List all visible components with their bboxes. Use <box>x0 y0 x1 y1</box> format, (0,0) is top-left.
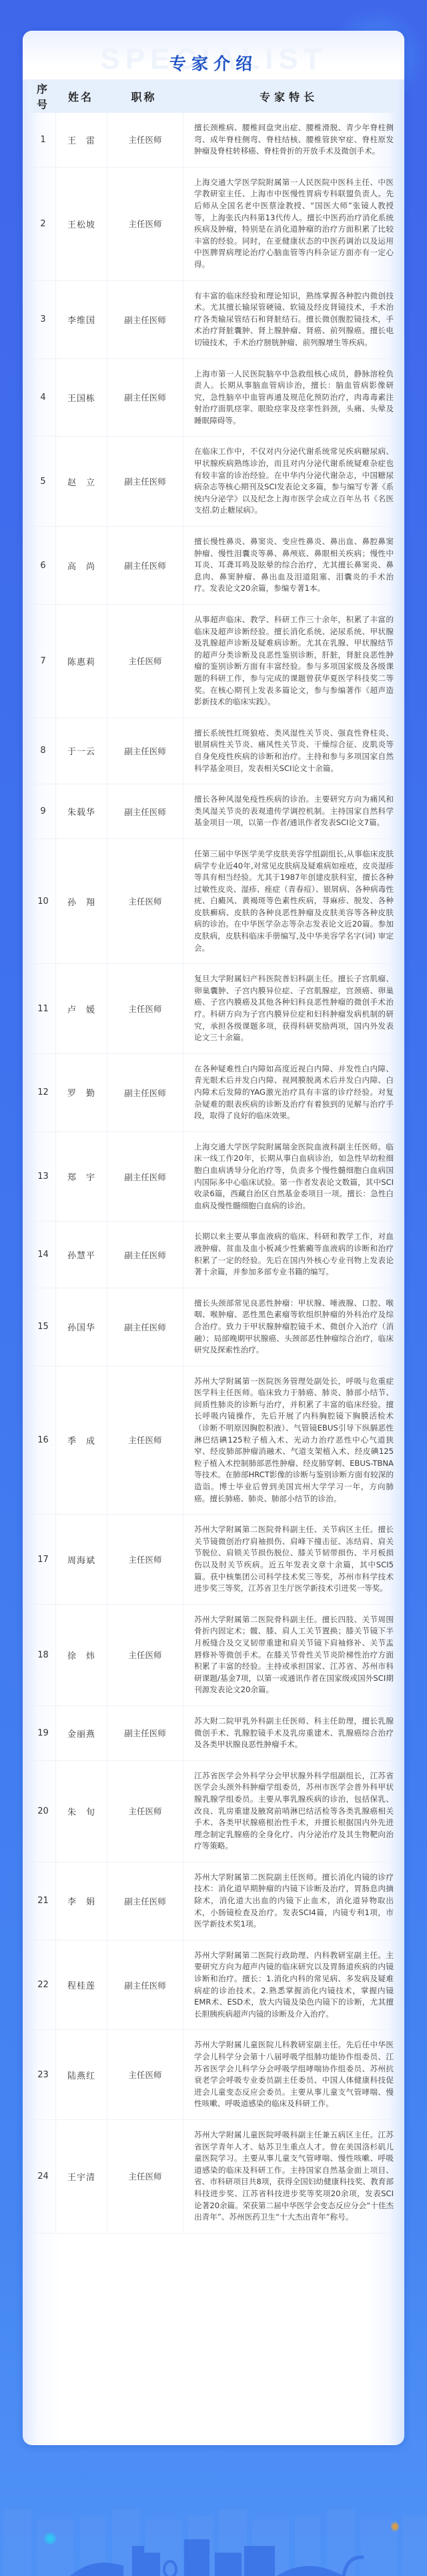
expert-title: 副主任医师 <box>107 1862 183 1940</box>
row-number: 11 <box>31 964 56 1053</box>
expert-title: 主任医师 <box>107 113 183 167</box>
table-row: 22程桂莲副主任医师苏州大学附属第二医院行政助理、内科教研室副主任。主要研究方向… <box>31 1941 396 2031</box>
expert-title: 副主任医师 <box>107 359 183 437</box>
table-row: 10孙 翔主任医师任第三届中华医学美学皮肤美容学组副组长,从事临床皮肤病学专业近… <box>31 839 396 964</box>
decorative-dot-cyan <box>44 2533 56 2545</box>
expert-specialty: 江苏省医学会外科学分会甲状腺外科学组副组长，江苏省医学会头颈外科肿瘤学组委员，苏… <box>183 1761 396 1862</box>
expert-specialty: 苏州大学附属第二医院行政助理、内科教研室副主任。主要研究方向为超声内镜的临床研究… <box>183 1941 396 2030</box>
expert-name: 季 成 <box>56 1366 107 1515</box>
city-skyline-illustration <box>0 2483 427 2576</box>
expert-name: 孙 翔 <box>56 839 107 963</box>
expert-title: 主任医师 <box>107 2030 183 2119</box>
row-number: 2 <box>31 168 56 280</box>
expert-specialty: 上海交通大学医学院附属第一人民医院中医科主任、中医学教研室主任、上海市中医慢性胃… <box>183 168 396 280</box>
table-row: 20朱 旬主任医师江苏省医学会外科学分会甲状腺外科学组副组长，江苏省医学会头颈外… <box>31 1761 396 1862</box>
expert-card: SPECIALIST 专家介绍 序号 姓名 职称 专家特长 1王 雷主任医师擅长… <box>23 31 404 2445</box>
row-number: 10 <box>31 839 56 963</box>
expert-specialty: 从事超声临床、教学、科研工作三十余年，积累了丰富的临床及超声诊断经验。擅长消化系… <box>183 605 396 718</box>
expert-specialty: 苏大附二院甲乳外科副主任医师、科主任助理，擅长乳腺微创手术、乳腺腔镜手术及乳房重… <box>183 1706 396 1760</box>
expert-name: 王 雷 <box>56 113 107 167</box>
expert-specialty: 擅长头颈部常见良恶性肿瘤：甲状腺、唾液腺、口腔、喉咽、喉肿瘤、恶性黑色素瘤等软组… <box>183 1288 396 1366</box>
expert-title: 副主任医师 <box>107 1054 183 1131</box>
decorative-dot-orange <box>391 2522 399 2531</box>
expert-specialty: 苏州大学附属儿童医院呼吸科副主任兼五病区主任。江苏省医学青年人才、姑苏卫生重点人… <box>183 2120 396 2233</box>
row-number: 1 <box>31 113 56 167</box>
expert-specialty: 复旦大学附属妇产科医院普妇科副主任。擅长子宫肌瘤、卵巢囊肿、子宫内膜异位症、子宫… <box>183 964 396 1053</box>
expert-name: 朱 旬 <box>56 1761 107 1862</box>
expert-name: 金丽燕 <box>56 1706 107 1760</box>
expert-title: 副主任医师 <box>107 527 183 604</box>
table-row: 5赵 立副主任医师在临床工作中，不仅对内分泌代谢系统常见疾病糖尿病、甲状腺疾病熟… <box>31 437 396 527</box>
expert-title: 主任医师 <box>107 839 183 963</box>
expert-title: 主任医师 <box>107 605 183 718</box>
row-number: 5 <box>31 437 56 526</box>
row-number: 3 <box>31 281 56 358</box>
expert-title: 主任医师 <box>107 1605 183 1706</box>
table-row: 2王松坡主任医师上海交通大学医学院附属第一人民医院中医科主任、中医学教研室主任、… <box>31 168 396 281</box>
expert-name: 徐 炜 <box>56 1605 107 1706</box>
table-row: 12罗 勤副主任医师在各种疑难性白内障如高度近视白内障、并发性白内障、青光眼术后… <box>31 1054 396 1132</box>
column-header-name: 姓名 <box>55 89 106 104</box>
row-number: 19 <box>31 1706 56 1760</box>
expert-specialty: 上海交通大学医学院附属瑞金医院血液科副主任医师。临床一线工作20年，长期从事白血… <box>183 1132 396 1222</box>
expert-name: 于一云 <box>56 718 107 784</box>
expert-specialty: 擅长系统性红斑狼疮、类风湿性关节炎、强直性脊柱炎、银屑病性关节炎、痛风性关节炎、… <box>183 718 396 784</box>
table-row: 13郑 宇副主任医师上海交通大学医学院附属瑞金医院血液科副主任医师。临床一线工作… <box>31 1132 396 1222</box>
expert-name: 程桂莲 <box>56 1941 107 2030</box>
expert-name: 周海斌 <box>56 1515 107 1604</box>
expert-specialty: 上海市第一人民医院脑卒中急救组核心成员，静脉溶栓负责人。长期从事脑血管病诊治，擅… <box>183 359 396 437</box>
expert-name: 李维国 <box>56 281 107 358</box>
row-number: 21 <box>31 1862 56 1940</box>
table-row: 18徐 炜主任医师苏州大学附属第二医院骨科副主任。擅长四肢、关节周围骨折内固定术… <box>31 1605 396 1706</box>
expert-name: 孙慧平 <box>56 1222 107 1287</box>
card-header: SPECIALIST 专家介绍 <box>23 31 404 79</box>
row-number: 4 <box>31 359 56 437</box>
expert-name: 王松坡 <box>56 168 107 280</box>
table-row: 16季 成主任医师苏州大学附属第一医院医务管理处副处长，呼吸与危重症医学科主任医… <box>31 1366 396 1515</box>
expert-title: 副主任医师 <box>107 281 183 358</box>
expert-name: 朱载华 <box>56 784 107 838</box>
expert-specialty: 苏州大学附属第二医院骨科副主任。擅长四肢、关节周围骨折内固定术；髋、膝、肩人工关… <box>183 1605 396 1706</box>
expert-title: 副主任医师 <box>107 784 183 838</box>
row-number: 22 <box>31 1941 56 2030</box>
row-number: 13 <box>31 1132 56 1222</box>
table-row: 17周海斌主任医师苏州大学附属第二医院骨科副主任、关节病区主任。擅长关节镜微创治… <box>31 1515 396 1605</box>
row-number: 15 <box>31 1288 56 1366</box>
row-number: 24 <box>31 2120 56 2233</box>
table-row: 9朱载华副主任医师擅长各种风湿免疫性疾病的诊治。主要研究方向为痛风和类风湿关节炎… <box>31 784 396 839</box>
table-row: 3李维国副主任医师有丰富的临床经验和理论知识，熟练掌握各种腔内微创技术。尤其擅长… <box>31 281 396 359</box>
expert-name: 李 娟 <box>56 1862 107 1940</box>
table-row: 19金丽燕副主任医师苏大附二院甲乳外科副主任医师、科主任助理，擅长乳腺微创手术、… <box>31 1706 396 1761</box>
table-header: 序号 姓名 职称 专家特长 <box>31 79 396 113</box>
row-number: 14 <box>31 1222 56 1287</box>
expert-title: 副主任医师 <box>107 1706 183 1760</box>
expert-name: 孙国华 <box>56 1288 107 1366</box>
expert-name: 罗 勤 <box>56 1054 107 1131</box>
expert-name: 卢 媛 <box>56 964 107 1053</box>
table-row: 4王国栋副主任医师上海市第一人民医院脑卒中急救组核心成员，静脉溶栓负责人。长期从… <box>31 359 396 437</box>
column-header-no: 序号 <box>31 81 55 111</box>
expert-name: 王国栋 <box>56 359 107 437</box>
table-row: 1王 雷主任医师擅长颈椎病、腰椎间盘突出症、腰椎滑脱、青少年脊柱侧弯、成年脊柱侧… <box>31 113 396 168</box>
expert-specialty: 苏州大学附属第一医院医务管理处副处长，呼吸与危重症医学科主任医师。临床致力于肺癌… <box>183 1366 396 1515</box>
expert-specialty: 长期以来主要从事血液病的临床、科研和教学工作，对血液肿瘤、贫血及血小板减少性紫癜… <box>183 1222 396 1287</box>
expert-name: 王宇清 <box>56 2120 107 2233</box>
expert-title: 主任医师 <box>107 1366 183 1515</box>
expert-specialty: 苏州大学附属第二医院骨科副主任、关节病区主任。擅长关节镜微创治疗肩袖损伤、肩峰下… <box>183 1515 396 1604</box>
expert-specialty: 擅长各种风湿免疫性疾病的诊治。主要研究方向为痛风和类风湿关节炎的表观遗传学调控机… <box>183 784 396 838</box>
row-number: 20 <box>31 1761 56 1862</box>
row-number: 12 <box>31 1054 56 1131</box>
expert-title: 副主任医师 <box>107 718 183 784</box>
table-row: 23陆燕红主任医师苏州大学附属儿童医院儿科教研室副主任。先后任中华医学会儿科学分… <box>31 2030 396 2120</box>
expert-specialty: 擅长颈椎病、腰椎间盘突出症、腰椎滑脱、青少年脊柱侧弯、成年脊柱侧弯、脊柱结核、腰… <box>183 113 396 167</box>
expert-title: 主任医师 <box>107 168 183 280</box>
expert-title: 主任医师 <box>107 1761 183 1862</box>
row-number: 7 <box>31 605 56 718</box>
row-number: 18 <box>31 1605 56 1706</box>
expert-name: 赵 立 <box>56 437 107 526</box>
expert-name: 陈惠莉 <box>56 605 107 718</box>
expert-title: 主任医师 <box>107 1515 183 1604</box>
expert-specialty: 有丰富的临床经验和理论知识，熟练掌握各种腔内微创技术。尤其擅长输尿管硬镜、软镜及… <box>183 281 396 358</box>
table-row: 7陈惠莉主任医师从事超声临床、教学、科研工作三十余年，积累了丰富的临床及超声诊断… <box>31 605 396 718</box>
expert-specialty: 在临床工作中，不仅对内分泌代谢系统常见疾病糖尿病、甲状腺疾病熟练诊治，而且对内分… <box>183 437 396 526</box>
expert-specialty: 擅长慢性鼻炎、鼻窦炎、变应性鼻炎、鼻出血、鼻腔鼻窦肿瘤、慢性泪囊炎等鼻、鼻颅底、… <box>183 527 396 604</box>
expert-title: 副主任医师 <box>107 1222 183 1287</box>
table-row: 15孙国华副主任医师擅长头颈部常见良恶性肿瘤：甲状腺、唾液腺、口腔、喉咽、喉肿瘤… <box>31 1288 396 1366</box>
expert-specialty: 在各种疑难性白内障如高度近视白内障、并发性白内障、青光眼术后并发白内障、视网膜脱… <box>183 1054 396 1131</box>
row-number: 6 <box>31 527 56 604</box>
expert-name: 郑 宇 <box>56 1132 107 1222</box>
expert-specialty: 任第三届中华医学美学皮肤美容学组副组长,从事临床皮肤病学专业近40年,对常见皮肤… <box>183 839 396 963</box>
table-row: 14孙慧平副主任医师长期以来主要从事血液病的临床、科研和教学工作，对血液肿瘤、贫… <box>31 1222 396 1288</box>
expert-table-body: 1王 雷主任医师擅长颈椎病、腰椎间盘突出症、腰椎滑脱、青少年脊柱侧弯、成年脊柱侧… <box>31 113 396 2234</box>
expert-title: 副主任医师 <box>107 437 183 526</box>
page-title: 专家介绍 <box>23 51 404 75</box>
expert-specialty: 苏州大学附属第二医院副主任医师。擅长消化内镜的诊疗技术：消化道早期肿瘤的内镜下诊… <box>183 1862 396 1940</box>
expert-title: 副主任医师 <box>107 1132 183 1222</box>
column-header-title: 职称 <box>106 89 181 104</box>
column-header-specialty: 专家特长 <box>181 89 396 104</box>
expert-title: 副主任医师 <box>107 1288 183 1366</box>
expert-name: 陆燕红 <box>56 2030 107 2119</box>
row-number: 17 <box>31 1515 56 1604</box>
row-number: 9 <box>31 784 56 838</box>
table-row: 6高 尚副主任医师擅长慢性鼻炎、鼻窦炎、变应性鼻炎、鼻出血、鼻腔鼻窦肿瘤、慢性泪… <box>31 527 396 605</box>
expert-specialty: 苏州大学附属儿童医院儿科教研室副主任。先后任中华医学会儿科学分会第十八届呼吸学组… <box>183 2030 396 2119</box>
table-row: 24王宇清主任医师苏州大学附属儿童医院呼吸科副主任兼五病区主任。江苏省医学青年人… <box>31 2120 396 2234</box>
expert-name: 高 尚 <box>56 527 107 604</box>
table-row: 8于一云副主任医师擅长系统性红斑狼疮、类风湿性关节炎、强直性脊柱炎、银屑病性关节… <box>31 718 396 784</box>
expert-title: 主任医师 <box>107 964 183 1053</box>
row-number: 16 <box>31 1366 56 1515</box>
row-number: 23 <box>31 2030 56 2119</box>
expert-title: 主任医师 <box>107 2120 183 2233</box>
table-row: 21李 娟副主任医师苏州大学附属第二医院副主任医师。擅长消化内镜的诊疗技术：消化… <box>31 1862 396 1941</box>
table-row: 11卢 媛主任医师复旦大学附属妇产科医院普妇科副主任。擅长子宫肌瘤、卵巢囊肿、子… <box>31 964 396 1054</box>
expert-title: 副主任医师 <box>107 1941 183 2030</box>
row-number: 8 <box>31 718 56 784</box>
